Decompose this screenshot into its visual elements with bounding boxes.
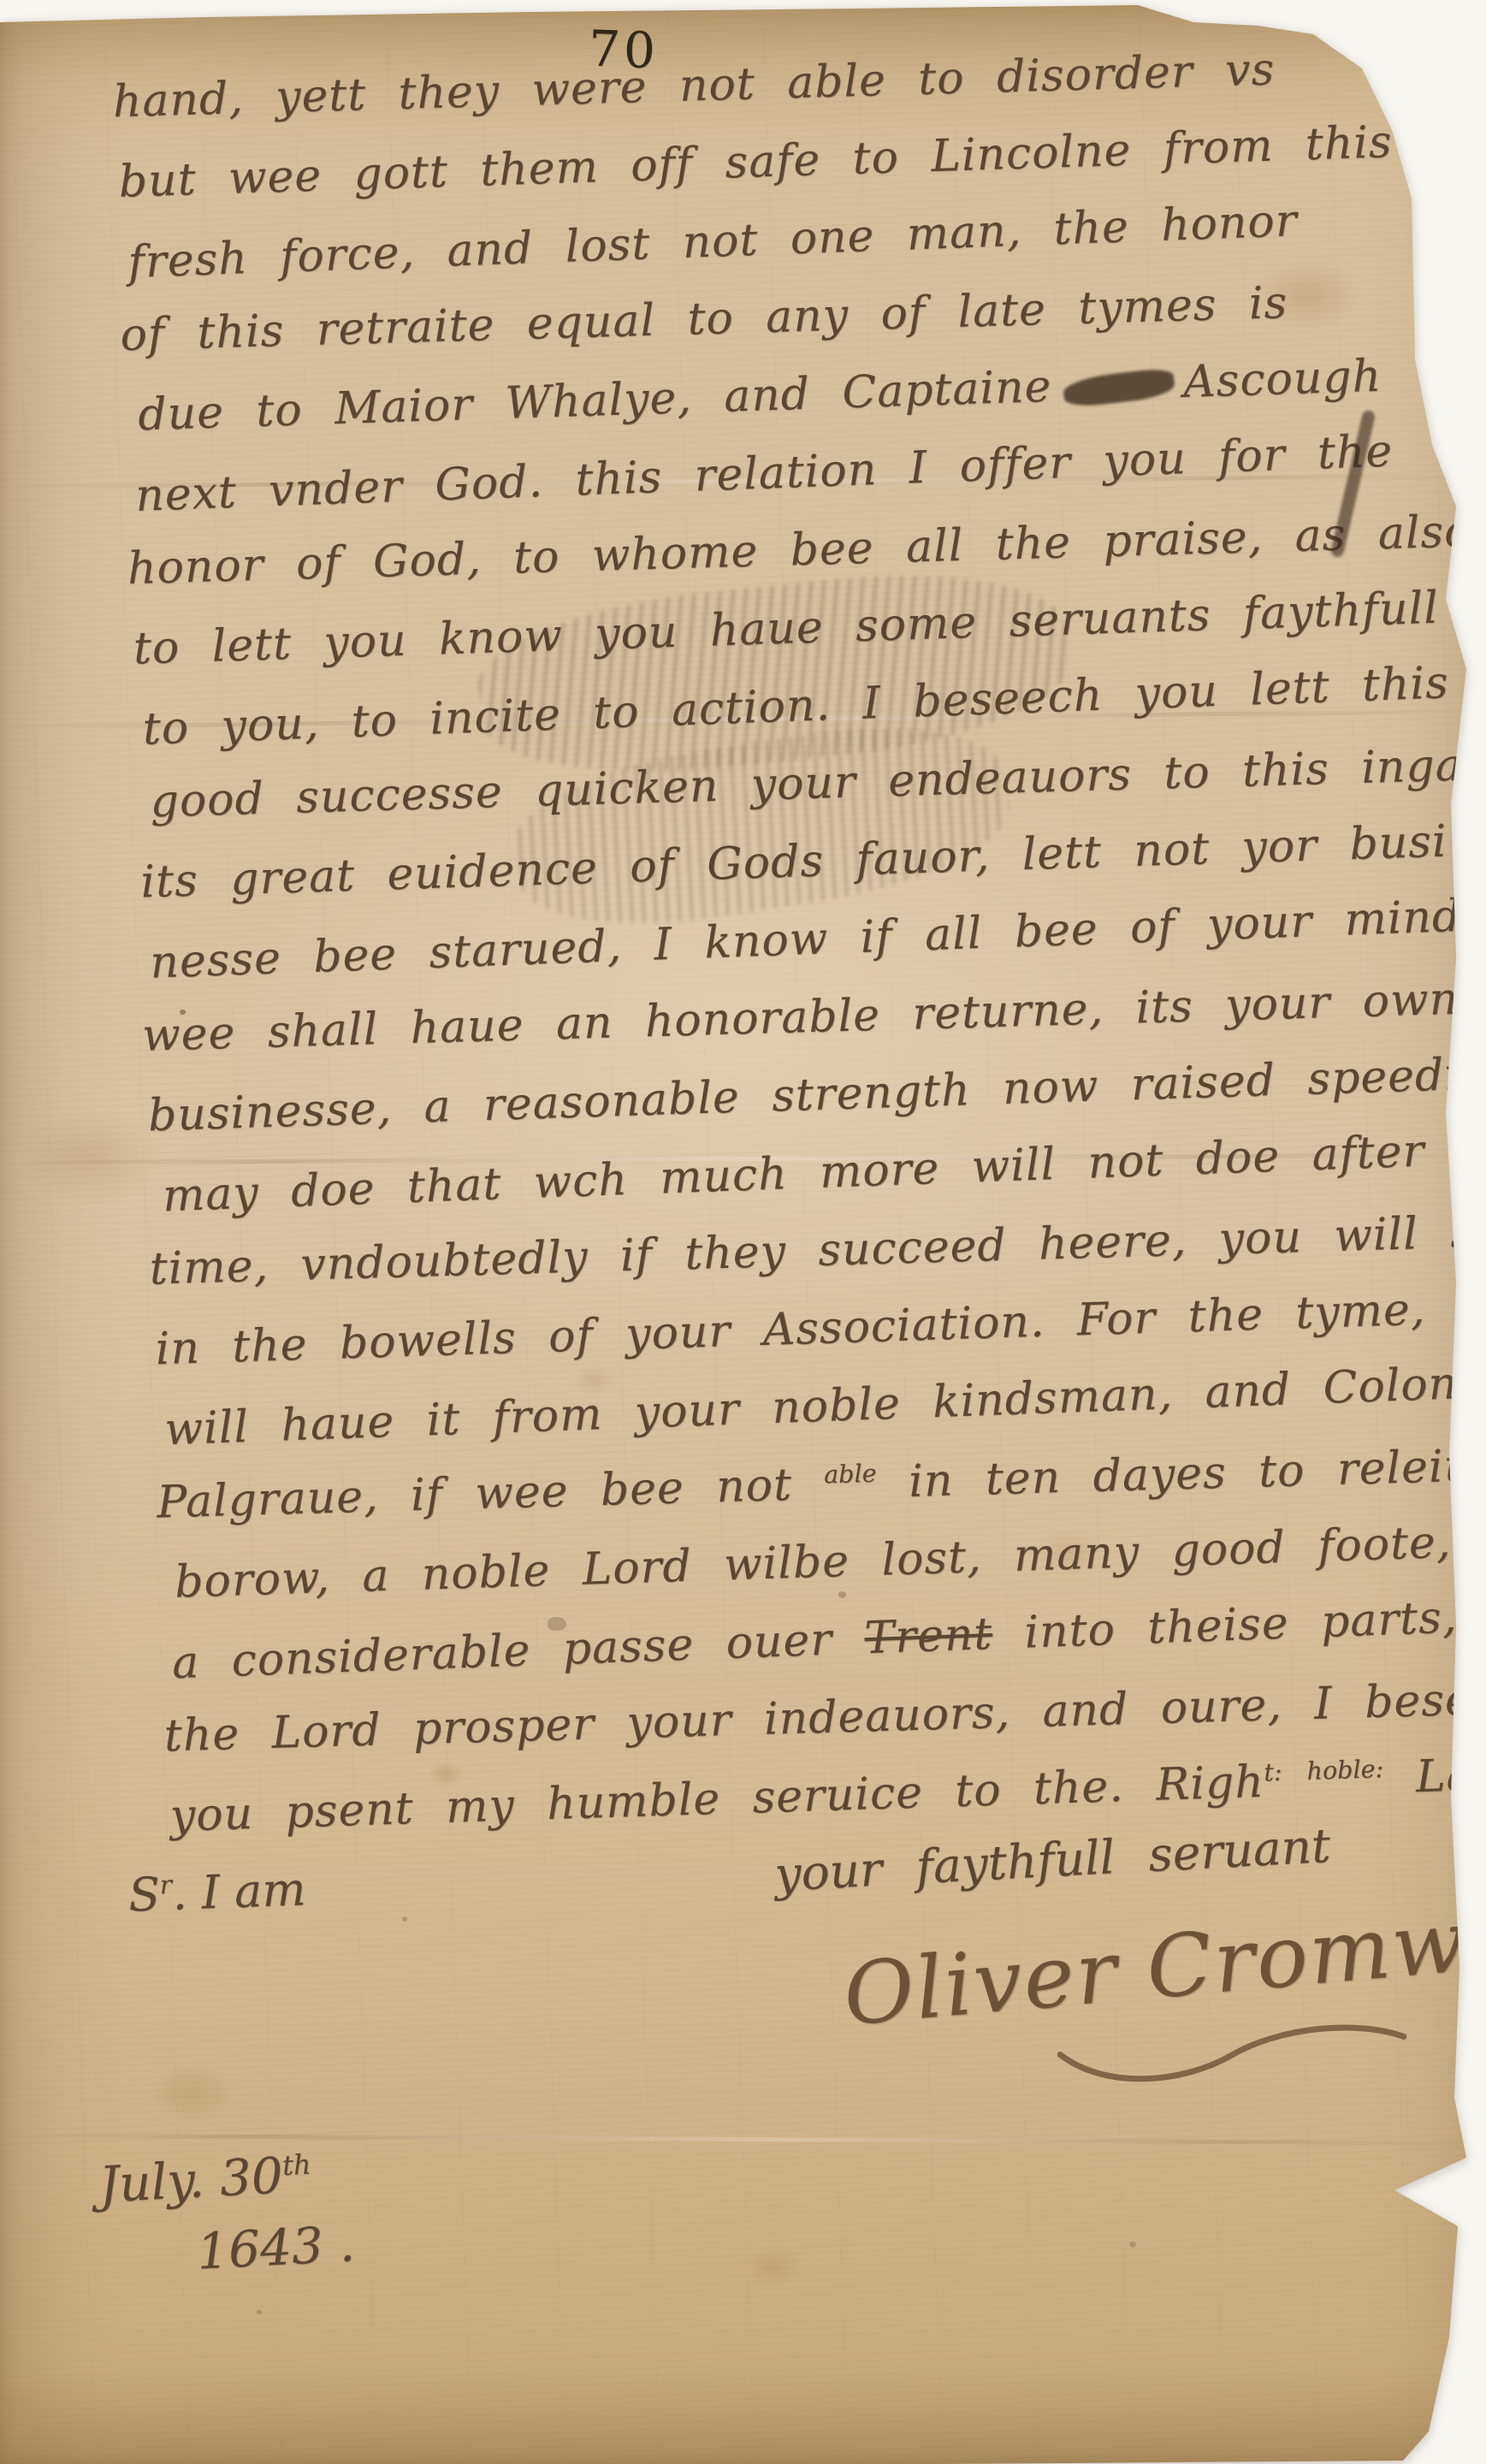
date-month-day: July. 30th — [98, 2142, 352, 2213]
scanned-letter-page: 70 hand, yett they were not able to diso… — [0, 0, 1486, 2464]
salute-text: . I am — [171, 1862, 306, 1920]
signature-flourish — [1051, 2014, 1413, 2096]
superscript-insertion: t: hoble: — [1264, 1754, 1384, 1786]
date-year: 1643 . — [195, 2214, 356, 2281]
ink-blot — [1063, 367, 1176, 409]
line-text: Ascough — [1182, 351, 1382, 408]
date-text: July. 30 — [98, 2147, 284, 2214]
fold-crease — [0, 2133, 1486, 2145]
stain-speck — [402, 1916, 407, 1922]
manuscript-paper: 70 hand, yett they were not able to diso… — [0, 0, 1486, 2464]
closing-salutation: Sr. I am — [127, 1862, 307, 1922]
date-block: July. 30th 1643 . — [98, 2142, 356, 2285]
stain-speck — [1129, 2242, 1136, 2248]
salute-text: S — [127, 1867, 161, 1922]
struck-word: Trent — [863, 1608, 993, 1664]
superscript-abbreviation: r — [159, 1870, 172, 1900]
date-ordinal: th — [281, 2147, 311, 2182]
superscript-insertion: able — [824, 1459, 877, 1490]
paper-shadow-wrap: 70 hand, yett they were not able to diso… — [0, 0, 1486, 2464]
letter-body: hand, yett they were not able to disorde… — [115, 36, 1486, 1869]
line-text: Lady — [1415, 1748, 1486, 1803]
stain-speck — [257, 2310, 262, 2314]
